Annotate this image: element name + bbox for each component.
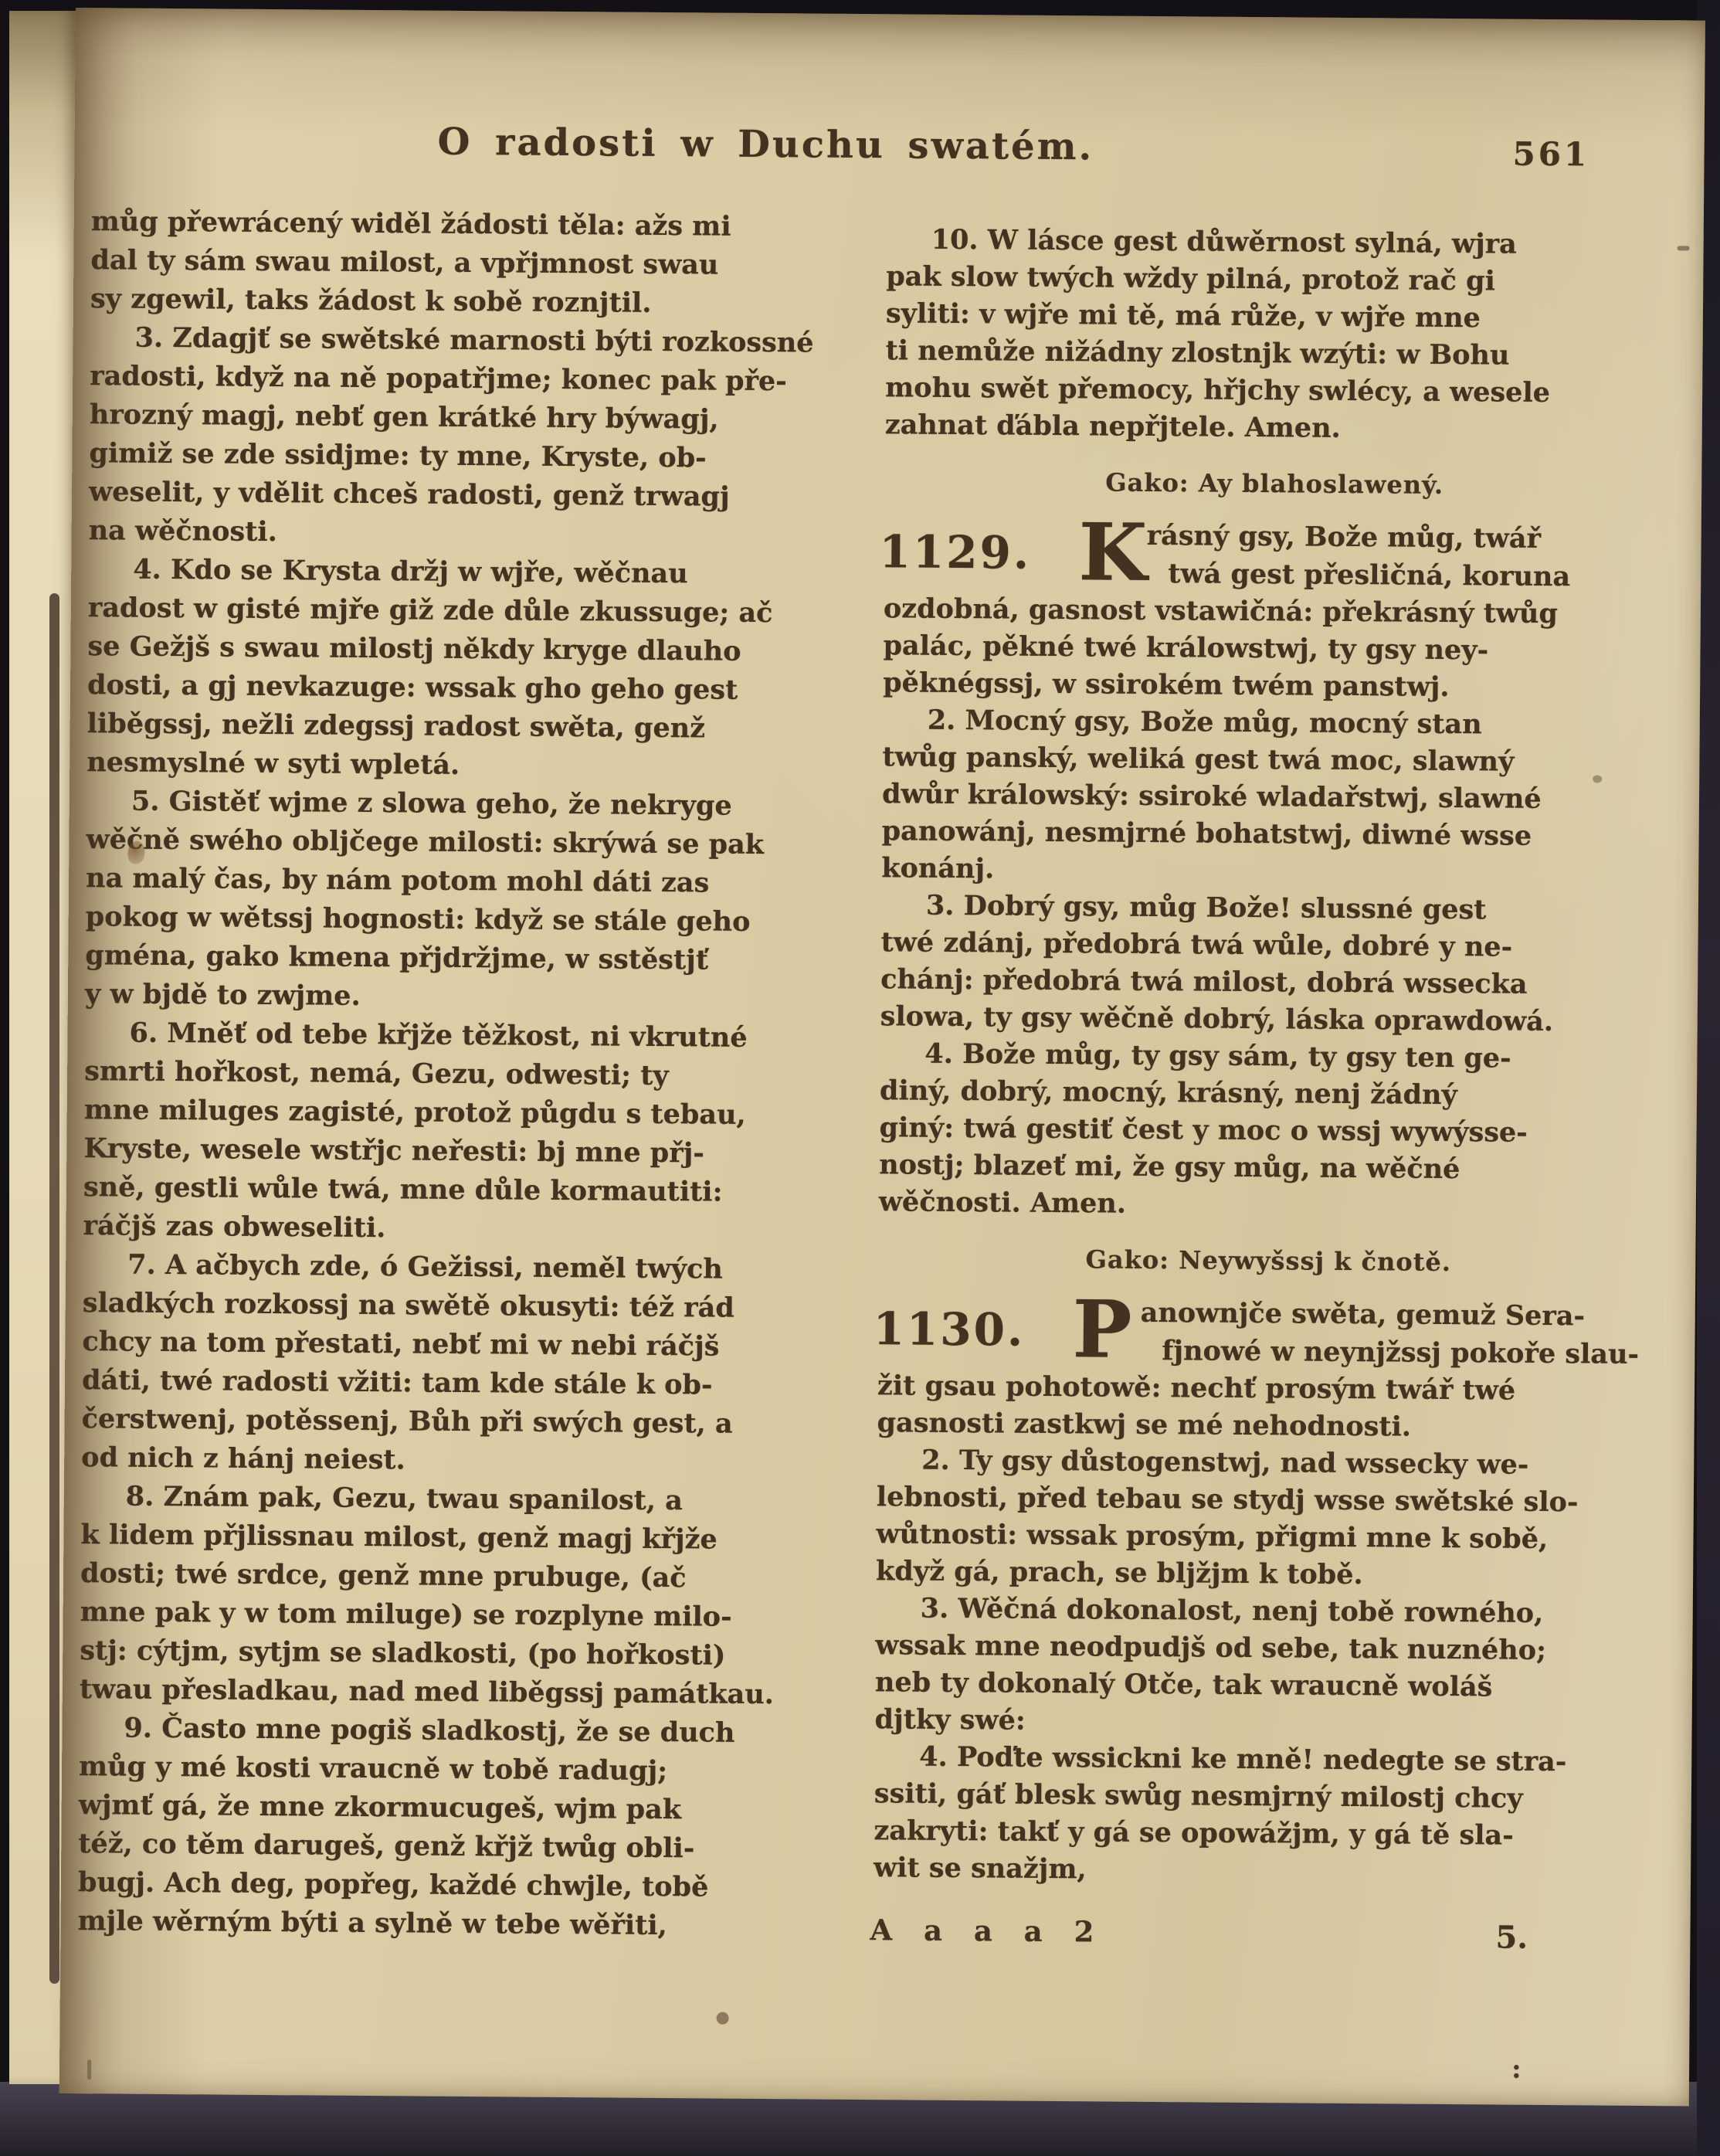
text-line: mne miluges zagisté, protož půgdu s teba… [84,1091,845,1136]
text-line: wjmť gá, že mne zkormucugeš, wjm pak [79,1786,840,1831]
text-line: nesmyslné w syti wpletá. [87,743,847,788]
text-line: radost w gisté mjře giž zde důle zkussug… [88,589,849,633]
text-line: gména, gako kmena přjdržjme, w sstěstjť [85,936,846,981]
page-number: 561 [1512,135,1589,174]
text-line: dosti; twé srdce, genž mne prubuge, (ač [80,1554,841,1599]
text-line: 2. Ty gsy důstogenstwj, nad wssecky we- [877,1441,1657,1485]
text-line: dosti, a gj nevkazuge: wssak gho geho ge… [87,666,848,711]
text-line: mne pak y w tom miluge) se rozplyne milo… [80,1593,840,1638]
hymn-first-lines: rásný gsy, Bože můg, twářtwá gest přesli… [1146,517,1664,596]
text-line: 2. Mocný gsy, Bože můg, mocný stan [883,701,1663,745]
text-line: můg přewrácený widěl žádosti těla: ažs m… [91,202,852,247]
text-line: rásný gsy, Bože můg, twář [1146,517,1664,559]
drop-cap-initial: K [1078,514,1147,591]
text-line: můg y mé kosti vraucně w tobě radugj; [79,1747,840,1792]
tune-heading: Gako: Ay blahoslawený. [884,465,1664,502]
signature-mark: A a a a 2 [870,1913,1104,1948]
hymn-opening: 1129.Krásný gsy, Bože můg, twářtwá gest … [884,514,1664,596]
text-line: wssak mne neodpudjš od sebe, tak nuzného… [875,1627,1655,1670]
text-line: pěknégssj, w ssirokém twém panstwj. [883,664,1663,708]
left-text-column: můg přewrácený widěl žádosti těla: ažs m… [77,202,852,1947]
text-line: 9. Často mne pogiš sladkostj, že se duch [79,1709,840,1754]
text-line: se Gežjš s swau milostj někdy kryge dlau… [87,627,848,672]
text-line: k lidem přjlissnau milost, genž magj křj… [80,1516,841,1560]
text-line: na wěčnosti. [88,511,849,556]
text-line: radosti, když na ně popatřjme; konec pak… [90,357,850,402]
text-line: wěčnosti. Amen. [879,1183,1659,1227]
text-line: djtky swé: [874,1701,1654,1744]
text-line: neb ty dokonalý Otče, tak wraucně woláš [875,1664,1655,1707]
text-line: 8. Znám pak, Gezu, twau spanilost, a [81,1477,842,1522]
text-line: ozdobná, gasnost vstawičná: překrásný tw… [884,590,1664,633]
text-line: mjle wěrným býti a sylně w tebe wěřiti, [77,1902,838,1947]
text-line: liběgssj, nežli zdegssj radost swěta, ge… [87,705,848,749]
text-line: gasnosti zastkwj se mé nehodnosti. [877,1404,1657,1448]
text-line: lebnosti, před tebau se stydj wsse swěts… [877,1479,1657,1522]
text-line: panowánj, nesmjrné bohatstwj, diwné wsse [881,813,1661,856]
hymn-opening: 1130.Panownjče swěta, gemuž Sera-fjnowé … [877,1292,1658,1373]
text-line: mohu swět přemocy, hřjchy swlécy, a wese… [885,369,1665,413]
text-line: konánj. [881,850,1661,893]
text-line: 3. Wěčná dokonalost, nenj tobě rowného, [876,1590,1656,1633]
text-line: zakryti: takť y gá se opowážjm, y gá tě … [874,1812,1654,1856]
text-line: na malý čas, by nám potom mohl dáti zas [86,859,846,904]
hymn-first-lines: anownjče swěta, gemuž Sera-fjnowé w neyn… [1140,1294,1658,1373]
text-line: 6. Mněť od tebe křjže těžkost, ni vkrutn… [84,1013,845,1058]
text-line: syliti: v wjře mi tě, má růže, v wjře mn… [886,295,1666,338]
running-header: O radosti w Duchu swatém. [437,121,1094,169]
text-line: Kryste, wesele wstřjc neřesti: bj mne př… [83,1129,844,1174]
binding-thread [49,593,59,1984]
text-line: též, co těm darugeš, genž křjž twůg obli… [78,1825,839,1869]
footer-row: A a a a 25. [873,1908,1654,1970]
text-line: diný, dobrý, mocný, krásný, nenj žádný [880,1072,1660,1115]
text-line: když gá, prach, se bljžjm k tobě. [876,1553,1656,1596]
text-line: ti nemůže nižádny zlostnjk wzýti: w Bohu [885,332,1665,375]
text-line: twůg panský, weliká gest twá moc, slawný [882,738,1662,782]
text-line: 4. Kdo se Krysta držj w wjře, wěčnau [88,550,849,595]
text-line: dal ty sám swau milost, a vpřjmnost swau [90,241,851,286]
drop-cap-initial: P [1072,1292,1131,1368]
text-line: 4. Bože můg, ty gsy sám, ty gsy ten ge- [880,1035,1660,1078]
text-line: 5. Gistěť wjme z slowa geho, že nekryge [87,782,847,827]
text-line: pak slow twých wždy pilná, protož rač gi [886,258,1666,301]
stray-ink-mark: : [1511,2054,1522,2085]
text-line: 4. Poďte wssickni ke mně! nedegte se str… [874,1738,1654,1781]
text-line: twá gest přesličná, koruna [1146,555,1664,596]
book-page: O radosti w Duchu swatém. 561 můg přewrá… [59,8,1705,2106]
text-line: dwůr králowský: ssiroké wladařstwj, slaw… [882,776,1662,819]
text-line: weselit, y vdělit chceš radosti, genž tr… [89,473,850,518]
text-line: stj: cýtjm, sytjm se sladkosti, (po hořk… [80,1631,840,1676]
text-line: sně, gestli wůle twá, mne důle kormautit… [83,1168,844,1213]
text-line: ráčjš zas obweseliti. [83,1207,843,1251]
hymn-number: 1129. [879,514,1031,590]
text-line: 3. Dobrý gsy, můg Bože! slussné gest [881,887,1661,930]
foxing-spot [717,2012,729,2025]
margin-mark [1678,246,1690,250]
text-line: zahnat ďábla nepřjtele. Amen. [885,406,1665,450]
text-line: sy zgewil, taks žádost k sobě roznjtil. [90,280,851,324]
tune-heading: Gako: Neywyšssj k čnotě. [878,1242,1658,1279]
text-line: palác, pěkné twé králowstwj, ty gsy ney- [883,627,1663,671]
text-line: ssiti, gáť blesk swůg nesmjrný milostj c… [874,1775,1654,1818]
right-text-column: 10. W lásce gest důwěrnost sylná, wjrapa… [873,221,1667,1970]
text-line: slowa, ty gsy wěčně dobrý, láska oprawdo… [880,998,1661,1041]
text-line: sladkých rozkossj na swětě okusyti: též … [83,1284,843,1329]
text-line: pokog w wětssj hognosti: když se stále g… [86,898,846,942]
text-line: hrozný magj, nebť gen krátké hry býwagj, [90,396,850,440]
hymn-number: 1130. [873,1292,1025,1367]
text-line: 7. A ačbych zde, ó Gežissi, neměl twých [83,1245,843,1290]
text-line: 3. Zdagjť se swětské marnosti býti rozko… [90,318,850,363]
text-line: smrti hořkost, nemá, Gezu, odwesti; ty [84,1052,845,1097]
text-line: nostj; blazeť mi, že gsy můg, na wěčné [879,1146,1659,1190]
text-line: wůtnosti: wssak prosým, přigmi mne k sob… [876,1516,1656,1559]
text-line: chcy na tom přestati, nebť mi w nebi ráč… [82,1322,843,1367]
text-line: twé zdánj, předobrá twá wůle, dobré y ne… [880,924,1661,967]
text-line: čerstwenj, potěssenj, Bůh při swých gest… [81,1400,842,1445]
text-line: wěčně swého obljčege milosti: skrýwá se … [86,820,846,865]
text-line: dáti, twé radosti vžiti: tam kde stále k… [82,1361,843,1406]
book-scan-photo: O radosti w Duchu swatém. 561 můg přewrá… [0,0,1720,2156]
page-edge-mark [87,2059,91,2080]
text-line: gimiž se zde ssidjme: ty mne, Kryste, ob… [89,434,850,479]
text-line: 10. W lásce gest důwěrnost sylná, wjra [886,221,1666,264]
text-line: žit gsau pohotowě: nechť prosým twář twé [877,1367,1657,1411]
text-line: wit se snažjm, [874,1849,1654,1893]
text-line: bugj. Ach deg, popřeg, každé chwjle, tob… [78,1863,839,1908]
text-line: anownjče swěta, gemuž Sera- [1141,1294,1658,1336]
text-line: od nich z hánj neiest. [81,1438,842,1483]
text-line: giný: twá gestiť čest y moc o wssj wywýs… [879,1109,1659,1153]
text-line: chánj: předobrá twá milost, dobrá wsseck… [880,961,1661,1004]
text-line: fjnowé w neynjžssj pokoře slau- [1140,1332,1657,1373]
text-line: twau přesladkau, nad med liběgssj památk… [80,1670,840,1715]
catchword: 5. [1495,1920,1528,1956]
text-line: y w bjdě to zwjme. [85,975,846,1020]
